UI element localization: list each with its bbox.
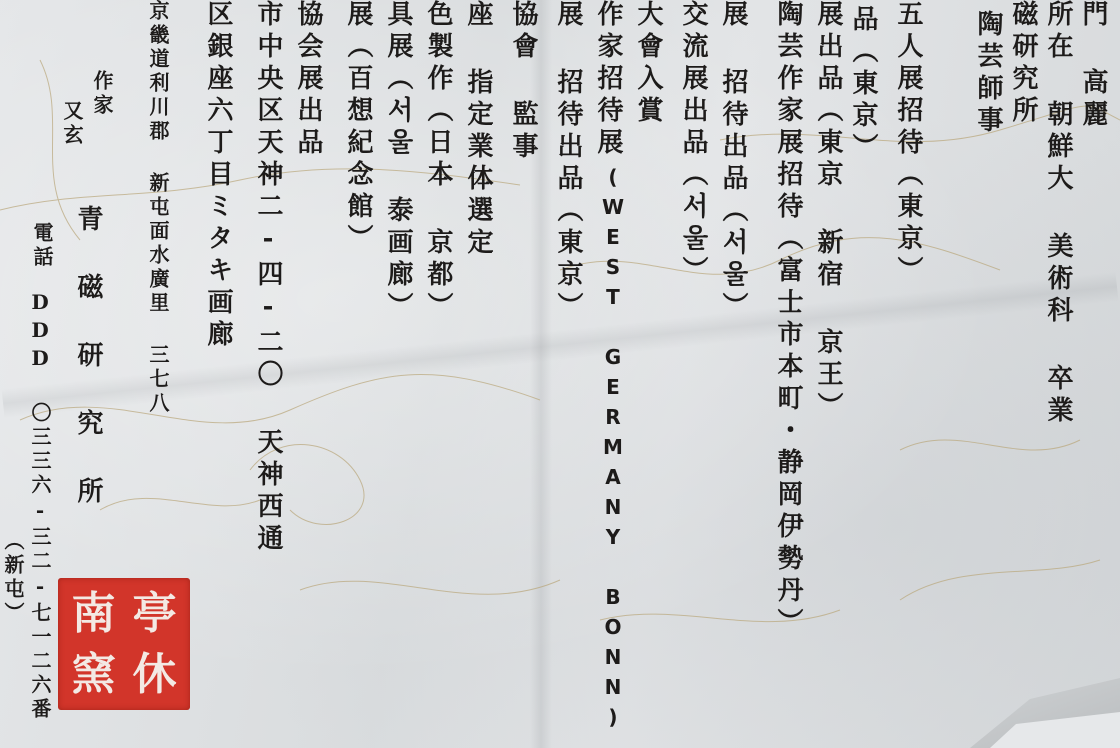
text-column: 市中央区天神二-四-二〇 天神西通 bbox=[255, 0, 281, 556]
seal-char: 亭 bbox=[125, 584, 184, 643]
text-column: 座 指定業体選定 bbox=[465, 0, 491, 260]
seal-char: 窯 bbox=[64, 645, 123, 704]
text-column: （新屯） bbox=[3, 530, 23, 626]
text-column: 展 招待出品（東京） bbox=[555, 0, 581, 324]
text-column: 作家招待展 bbox=[595, 0, 621, 160]
text-column: 大會入賞 bbox=[635, 0, 661, 128]
text-column: 協会展出品 bbox=[295, 0, 321, 160]
text-column: 品（東京） bbox=[850, 5, 876, 165]
text-column: 具展（서울 泰画廊） bbox=[385, 0, 411, 324]
seal-char: 南 bbox=[64, 584, 123, 643]
text-column: 五人展招待（東京） bbox=[895, 0, 921, 288]
text-column: 電話 bbox=[32, 222, 52, 270]
text-column: 磁研究所 bbox=[1010, 0, 1036, 128]
text-column: 又玄 bbox=[62, 100, 82, 148]
text-column: 協會 監事 bbox=[510, 0, 536, 164]
text-column: (WEST GERMANY BONN) bbox=[603, 165, 623, 735]
text-column: 門 高麗 bbox=[1080, 0, 1106, 132]
text-column: DDD 〇三三六-三二-七一二六番 bbox=[30, 290, 50, 722]
text-column: 青 磁 研 究 所 bbox=[75, 205, 101, 509]
red-seal-stamp: 南 亭 窯 休 bbox=[58, 578, 190, 710]
text-column: 展出品（東京 新宿 京王） bbox=[815, 0, 841, 424]
text-column: 陶芸作家展招待（富士市本町・静岡伊勢丹） bbox=[775, 0, 801, 640]
text-column: 展 招待出品（서울） bbox=[720, 0, 746, 324]
text-column: 展（百想紀念館） bbox=[345, 0, 371, 256]
text-column: 陶芸師事 bbox=[975, 10, 1001, 138]
text-column: 作家 bbox=[92, 70, 112, 118]
text-column: 色製作（日本 京都） bbox=[425, 0, 451, 324]
seal-char: 休 bbox=[125, 645, 184, 704]
text-column: 区銀座六丁目ミタキ画廊 bbox=[205, 0, 231, 352]
text-column: 京畿道利川郡 新屯面水廣里 三七八 bbox=[148, 0, 168, 416]
text-column: 交流展出品（서울） bbox=[680, 0, 706, 288]
text-column: 所在 朝鮮大 美術科 卒業 bbox=[1045, 0, 1071, 428]
